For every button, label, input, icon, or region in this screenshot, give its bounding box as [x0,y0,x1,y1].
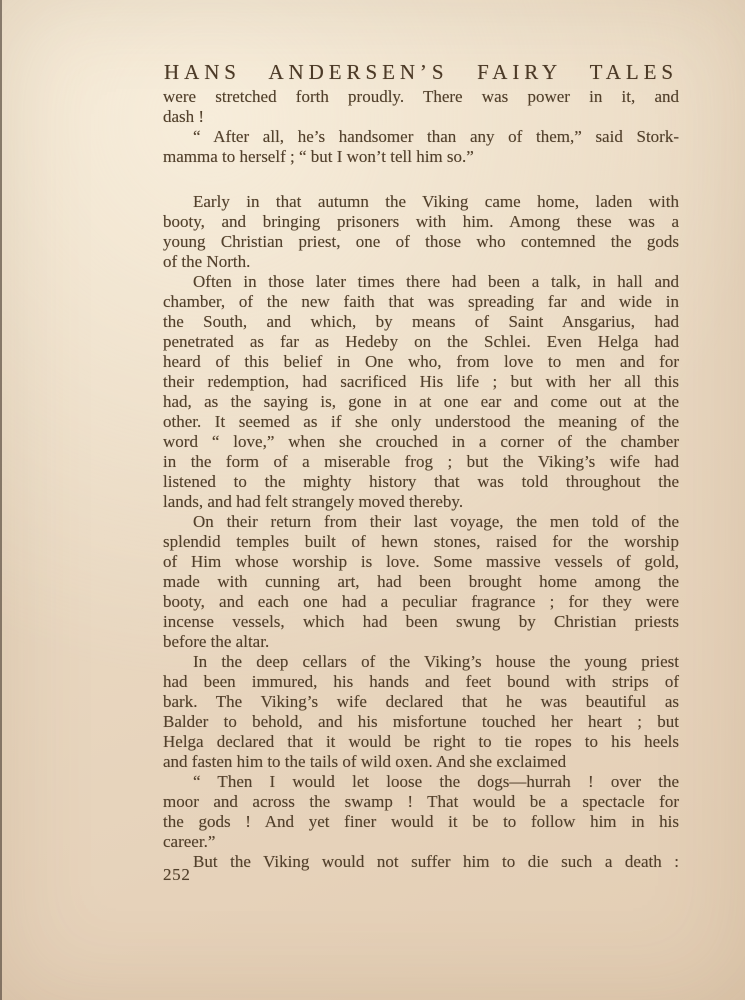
text-line: in the form of a miserable frog ; but th… [163,452,679,472]
text-line: “ Then I would let loose the dogs—hurrah… [163,772,679,792]
text-line: dash ! [163,107,679,127]
text-line: before the altar. [163,632,679,652]
text-line: mamma to herself ; “ but I won’t tell hi… [163,147,679,167]
text-line: moor and across the swamp ! That would b… [163,792,679,812]
text-line: chamber, of the new faith that was sprea… [163,292,679,312]
text-line: of Him whose worship is love. Some massi… [163,552,679,572]
text-line: booty, and each one had a peculiar fragr… [163,592,679,612]
running-head: HANS ANDERSEN’S FAIRY TALES [164,60,678,85]
paragraph: In the deep cellars of the Viking’s hous… [163,652,679,772]
text-line: Early in that autumn the Viking came hom… [163,192,679,212]
text-line: lands, and had felt strangely moved ther… [163,492,679,512]
paragraph: Early in that autumn the Viking came hom… [163,192,679,272]
text-line: made with cunning art, had been brought … [163,572,679,592]
paragraph: But the Viking would not suffer him to d… [163,852,679,872]
text-line: had been immured, his hands and feet bou… [163,672,679,692]
paragraph: were stretched forth proudly. There was … [163,87,679,127]
text-line: In the deep cellars of the Viking’s hous… [163,652,679,672]
paragraph: On their return from their last voyage, … [163,512,679,652]
text-line: career.” [163,832,679,852]
text-line: booty, and bringing prisoners with him. … [163,212,679,232]
text-line: penetrated as far as Hedeby on the Schle… [163,332,679,352]
text-line: “ After all, he’s handsomer than any of … [163,127,679,147]
text-line: other. It seemed as if she only understo… [163,412,679,432]
text-line: the South, and which, by means of Saint … [163,312,679,332]
text-line: and fasten him to the tails of wild oxen… [163,752,679,772]
text-line: young Christian priest, one of those who… [163,232,679,252]
text-line: But the Viking would not suffer him to d… [163,852,679,872]
text-line: of the North. [163,252,679,272]
text-line: had, as the saying is, gone in at one ea… [163,392,679,412]
paragraph: Often in those later times there had bee… [163,272,679,512]
text-line: bark. The Viking’s wife declared that he… [163,692,679,712]
text-line: the gods ! And yet finer would it be to … [163,812,679,832]
page-number: 252 [163,865,191,885]
text-line: On their return from their last voyage, … [163,512,679,532]
text-line: Often in those later times there had bee… [163,272,679,292]
text-line: word “ love,” when she crouched in a cor… [163,432,679,452]
paragraph: “ Then I would let loose the dogs—hurrah… [163,772,679,852]
text-line: Balder to behold, and his misfortune tou… [163,712,679,732]
text-line: Helga declared that it would be right to… [163,732,679,752]
text-block: were stretched forth proudly. There was … [163,87,679,872]
text-line: splendid temples built of hewn stones, r… [163,532,679,552]
text-line: their redemption, had sacrificed His lif… [163,372,679,392]
text-line: incense vessels, which had been swung by… [163,612,679,632]
text-line: were stretched forth proudly. There was … [163,87,679,107]
text-line: listened to the mighty history that was … [163,472,679,492]
book-page: HANS ANDERSEN’S FAIRY TALES were stretch… [0,0,745,1000]
text-line: heard of this belief in One who, from lo… [163,352,679,372]
paragraph: “ After all, he’s handsomer than any of … [163,127,679,167]
